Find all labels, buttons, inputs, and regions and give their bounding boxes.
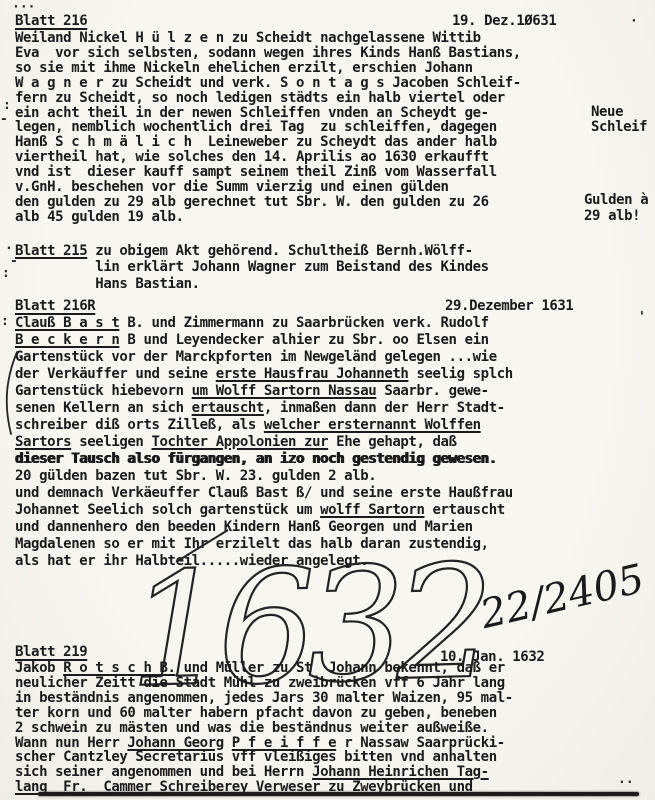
entry-body-blatt-219: Jakob R o t s c h B. und Müller zu St Jo… (15, 661, 513, 795)
margin-note: 29 alb! (584, 208, 640, 224)
ink-mark: : (3, 98, 11, 113)
text-line: scher Cantzley Secretarius vff vleißiges… (15, 750, 513, 765)
ink-mark: . (5, 238, 13, 253)
entry-heading-blatt-216r: Blatt 216R (15, 298, 95, 314)
ink-mark: : (2, 266, 10, 281)
text-line: Hanß S c h m ä l i c h Leineweber zu Sch… (15, 135, 521, 150)
entry-heading-blatt-219: Blatt 219 (15, 644, 87, 660)
text-line: v.GnH. beschehen vor die Summ vierzig un… (15, 180, 521, 195)
entry-date-blatt-216: 19. Dez.1Ø631 (452, 13, 556, 29)
text-line: ein acht theil in der newen Schleiffen v… (15, 106, 521, 121)
text-line: 20 gülden bazen tut Sbr. W. 23. gulden 2… (15, 468, 513, 485)
margin-note: Gulden à (584, 192, 648, 208)
text-line: Sartors seeligen Tochter Appolonien zur … (15, 434, 513, 451)
text-line: viertheil hat, wie solches den 14. April… (15, 150, 521, 165)
bottom-edge-smear (38, 792, 639, 796)
text-line: Johannet Seelich solch gartenstück um wo… (15, 502, 513, 519)
handwritten-bracket-stroke (0, 348, 26, 440)
ink-mark: ··· (12, 0, 35, 15)
text-line: lin erklärt Johann Wagner zum Beistand d… (15, 259, 489, 275)
ink-mark: : (1, 314, 9, 329)
text-line: Blatt 215 zu obigem Akt gehörend. Schult… (15, 243, 489, 259)
entry-heading-blatt-216: Blatt 216 (15, 13, 87, 29)
text-line: B e c k e r n B und Leyendecker alhier z… (15, 332, 513, 349)
text-line: Eva vor sich selbsten, sodann wegen ihre… (15, 46, 521, 61)
entry-body-blatt-215: Blatt 215 zu obigem Akt gehörend. Schult… (15, 243, 489, 292)
text-line: alb 45 gulden 19 alb. (15, 210, 521, 225)
text-line: legen, nemblich wochentlich drei Tag zu … (15, 120, 521, 135)
margin-note: Schleif (591, 119, 647, 135)
text-line: der Verkäuffer und seine erste Hausfrau … (15, 366, 513, 383)
text-line: und demnach Verkäeuffer Clauß Bast ß/ un… (15, 485, 513, 502)
ink-mark: ' (638, 310, 646, 325)
text-line: W a g n e r zu Scheidt und verk. S o n t… (15, 76, 521, 91)
text-line: schreiber diß orts Zilleß, als welcher e… (15, 417, 513, 434)
text-line: neulicher Zeitt die Stadt Mühl zu zweibr… (15, 676, 513, 691)
text-line: sich seiner angenommen und bei Herrn Joh… (15, 765, 513, 780)
entry-date-blatt-216r: 29.Dezember 1631 (445, 298, 573, 314)
text-line: Weiland Nickel H ü l z e n zu Scheidt na… (15, 31, 521, 46)
text-line: vnd ist dieser kauff sampt seinem theil … (15, 165, 521, 180)
text-line: Jakob R o t s c h B. und Müller zu St Jo… (15, 661, 513, 676)
handwritten-reference-number: 22/2405 (468, 552, 655, 647)
entry-body-blatt-216: Weiland Nickel H ü l z e n zu Scheidt na… (15, 31, 521, 225)
text-line: in beständnis angenommen, jedes Jars 30 … (15, 691, 513, 706)
text-line: ter korn und 60 malter habern pfacht dav… (15, 706, 513, 721)
ink-mark: .. (618, 772, 634, 787)
text-line: 2 schwein zu mästen und was die beständn… (15, 721, 513, 736)
ink-mark: · (630, 14, 638, 29)
text-line: Gartenstück vor der Marckpforten im Newg… (15, 349, 513, 366)
text-line: fern zu Scheidt, so noch ledigen städts … (15, 91, 521, 106)
ink-mark: - (0, 112, 8, 127)
text-line: so sie mit ihme Nickeln ehelichen erzilt… (15, 61, 521, 76)
archive-document-page: Blatt 216 19. Dez.1Ø631 Weiland Nickel H… (0, 0, 655, 800)
margin-note: Neue (591, 104, 623, 120)
text-line: Clauß B a s t B. und Zimmermann zu Saarb… (15, 315, 513, 332)
text-line: Hans Bastian. (15, 276, 489, 292)
text-line: den gulden zu 29 alb gerechnet tut Sbr. … (15, 195, 521, 210)
svg-text:22/2405: 22/2405 (475, 556, 648, 638)
text-line: dieser Tausch also fürgangen, an izo noc… (15, 451, 513, 468)
text-line: Wann nun Herr Johann Georg P f e i f f e… (15, 736, 513, 751)
ink-mark: - (10, 254, 18, 269)
text-line: Gartenstück hiebevorn um Wolff Sartorn N… (15, 383, 513, 400)
text-line: senen Kellern an sich ertauscht, inmaßen… (15, 400, 513, 417)
